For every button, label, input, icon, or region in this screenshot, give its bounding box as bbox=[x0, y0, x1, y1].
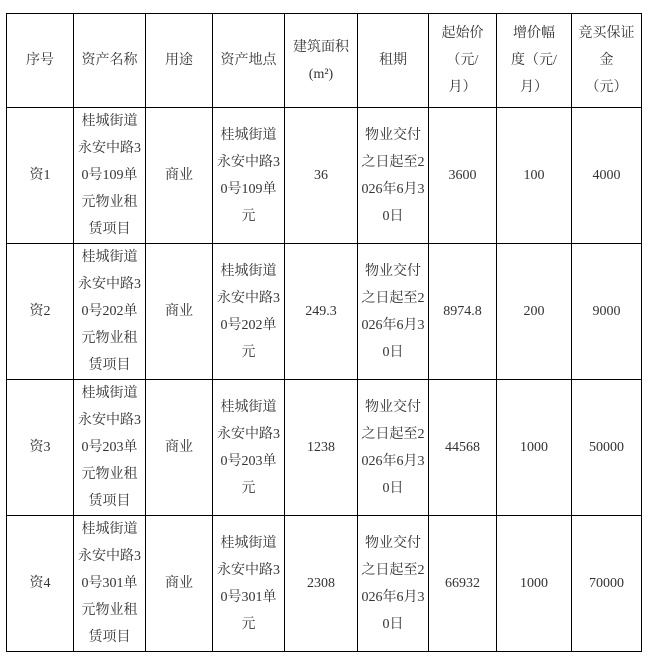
cell-start-price: 66932 bbox=[429, 516, 497, 652]
cell-asset-name: 桂城街道 永安中路3 0号109单 元物业租 赁项目 bbox=[74, 108, 146, 244]
cell-increment: 100 bbox=[497, 108, 572, 244]
cell-lease-term: 物业交付 之日起至2 026年6月3 0日 bbox=[358, 380, 429, 516]
cell-area: 2308 bbox=[285, 516, 358, 652]
cell-asset-name: 桂城街道 永安中路3 0号202单 元物业租 赁项目 bbox=[74, 244, 146, 380]
header-increment: 增价幅 度（元/ 月） bbox=[497, 14, 572, 108]
cell-deposit: 9000 bbox=[572, 244, 642, 380]
asset-table-container: 序号 资产名称 用途 资产地点 建筑面积 (m²) 租期 起始价 （元/ 月） … bbox=[6, 13, 642, 652]
table-body: 资1 桂城街道 永安中路3 0号109单 元物业租 赁项目 商业 桂城街道 永安… bbox=[7, 108, 642, 652]
cell-seq: 资2 bbox=[7, 244, 74, 380]
cell-location: 桂城街道 永安中路3 0号203单 元 bbox=[213, 380, 285, 516]
header-deposit: 竞买保证 金 （元） bbox=[572, 14, 642, 108]
table-row-3: 资3 桂城街道 永安中路3 0号203单 元物业租 赁项目 商业 桂城街道 永安… bbox=[7, 380, 642, 516]
cell-start-price: 3600 bbox=[429, 108, 497, 244]
cell-asset-name: 桂城街道 永安中路3 0号301单 元物业租 赁项目 bbox=[74, 516, 146, 652]
cell-start-price: 8974.8 bbox=[429, 244, 497, 380]
table-row-1: 资1 桂城街道 永安中路3 0号109单 元物业租 赁项目 商业 桂城街道 永安… bbox=[7, 108, 642, 244]
cell-seq: 资1 bbox=[7, 108, 74, 244]
cell-area: 1238 bbox=[285, 380, 358, 516]
cell-deposit: 70000 bbox=[572, 516, 642, 652]
cell-use: 商业 bbox=[146, 244, 213, 380]
cell-location: 桂城街道 永安中路3 0号109单 元 bbox=[213, 108, 285, 244]
cell-area: 249.3 bbox=[285, 244, 358, 380]
table-row-2: 资2 桂城街道 永安中路3 0号202单 元物业租 赁项目 商业 桂城街道 永安… bbox=[7, 244, 642, 380]
cell-location: 桂城街道 永安中路3 0号202单 元 bbox=[213, 244, 285, 380]
page: 序号 资产名称 用途 资产地点 建筑面积 (m²) 租期 起始价 （元/ 月） … bbox=[0, 0, 651, 656]
cell-area: 36 bbox=[285, 108, 358, 244]
cell-use: 商业 bbox=[146, 380, 213, 516]
cell-location: 桂城街道 永安中路3 0号301单 元 bbox=[213, 516, 285, 652]
header-asset-name: 资产名称 bbox=[74, 14, 146, 108]
cell-lease-term: 物业交付 之日起至2 026年6月3 0日 bbox=[358, 244, 429, 380]
cell-use: 商业 bbox=[146, 516, 213, 652]
header-row: 序号 资产名称 用途 资产地点 建筑面积 (m²) 租期 起始价 （元/ 月） … bbox=[7, 14, 642, 108]
cell-deposit: 50000 bbox=[572, 380, 642, 516]
cell-increment: 1000 bbox=[497, 380, 572, 516]
cell-start-price: 44568 bbox=[429, 380, 497, 516]
header-start-price: 起始价 （元/ 月） bbox=[429, 14, 497, 108]
header-location: 资产地点 bbox=[213, 14, 285, 108]
header-area: 建筑面积 (m²) bbox=[285, 14, 358, 108]
cell-asset-name: 桂城街道 永安中路3 0号203单 元物业租 赁项目 bbox=[74, 380, 146, 516]
table-header: 序号 资产名称 用途 资产地点 建筑面积 (m²) 租期 起始价 （元/ 月） … bbox=[7, 14, 642, 108]
cell-deposit: 4000 bbox=[572, 108, 642, 244]
header-seq: 序号 bbox=[7, 14, 74, 108]
cell-use: 商业 bbox=[146, 108, 213, 244]
header-lease-term: 租期 bbox=[358, 14, 429, 108]
asset-lease-table: 序号 资产名称 用途 资产地点 建筑面积 (m²) 租期 起始价 （元/ 月） … bbox=[6, 13, 642, 652]
header-use: 用途 bbox=[146, 14, 213, 108]
cell-increment: 200 bbox=[497, 244, 572, 380]
table-row-4: 资4 桂城街道 永安中路3 0号301单 元物业租 赁项目 商业 桂城街道 永安… bbox=[7, 516, 642, 652]
cell-increment: 1000 bbox=[497, 516, 572, 652]
cell-seq: 资4 bbox=[7, 516, 74, 652]
cell-lease-term: 物业交付 之日起至2 026年6月3 0日 bbox=[358, 108, 429, 244]
cell-lease-term: 物业交付 之日起至2 026年6月3 0日 bbox=[358, 516, 429, 652]
cell-seq: 资3 bbox=[7, 380, 74, 516]
